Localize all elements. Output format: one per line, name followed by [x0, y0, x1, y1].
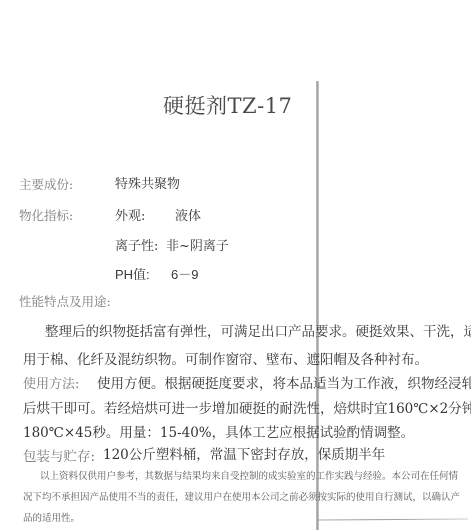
main-component-value: 特殊共聚物	[115, 173, 180, 192]
ionicity-value: 非~阴离子	[166, 235, 229, 254]
ionicity-label: 离子性:	[115, 235, 158, 254]
scan-edge-line	[318, 518, 468, 520]
appearance-value: 液体	[175, 205, 201, 224]
main-component-label: 主要成份:	[19, 175, 73, 193]
usage-line-3: 180℃×45秒。用量：15-40%，具体工艺应根据试验酌情调整。	[23, 421, 414, 441]
disclaimer-line-1: 以上资料仅供用户参考，其数据与结果均来自受控制的成实验室的工作实践与经验。本公司…	[40, 468, 458, 482]
usage-line-1: 使用方便。根据硬挺度要求，将本品适当为工作液，织物经浸轧	[97, 372, 471, 392]
disclaimer-line-2: 况下均不承担因产品使用不当的责任，建议用户在使用本公司之前必须按实际的使用自行测…	[23, 489, 460, 503]
document-title: 硬挺剂TZ-17	[163, 90, 292, 120]
appearance-label: 外观:	[115, 205, 145, 224]
ph-value: 6－9	[171, 264, 198, 283]
disclaimer-line-3: 品的适用性。	[23, 510, 80, 524]
usage-line-2: 后烘干即可。若经焙烘可进一步增加硬挺的耐洗性，焙烘时宜160℃×2分钟或	[23, 397, 471, 417]
ph-label: PH值:	[115, 264, 150, 283]
features-label: 性能特点及用途:	[19, 292, 111, 310]
packaging-label: 包装与贮存:	[23, 445, 95, 465]
features-line-1: 整理后的织物挺括富有弹性，可满足出口产品要求。硬挺效果、干洗，适	[45, 320, 471, 340]
packaging-value: 120公斤塑料桶，常温下密封存放，保质期半年	[103, 443, 385, 463]
features-line-2: 用于棉、化纤及混纺织物。可制作窗帘、壁布、遮阳帽及各种衬布。	[23, 348, 428, 368]
physchem-label: 物化指标:	[19, 206, 73, 224]
usage-label: 使用方法:	[23, 373, 79, 392]
